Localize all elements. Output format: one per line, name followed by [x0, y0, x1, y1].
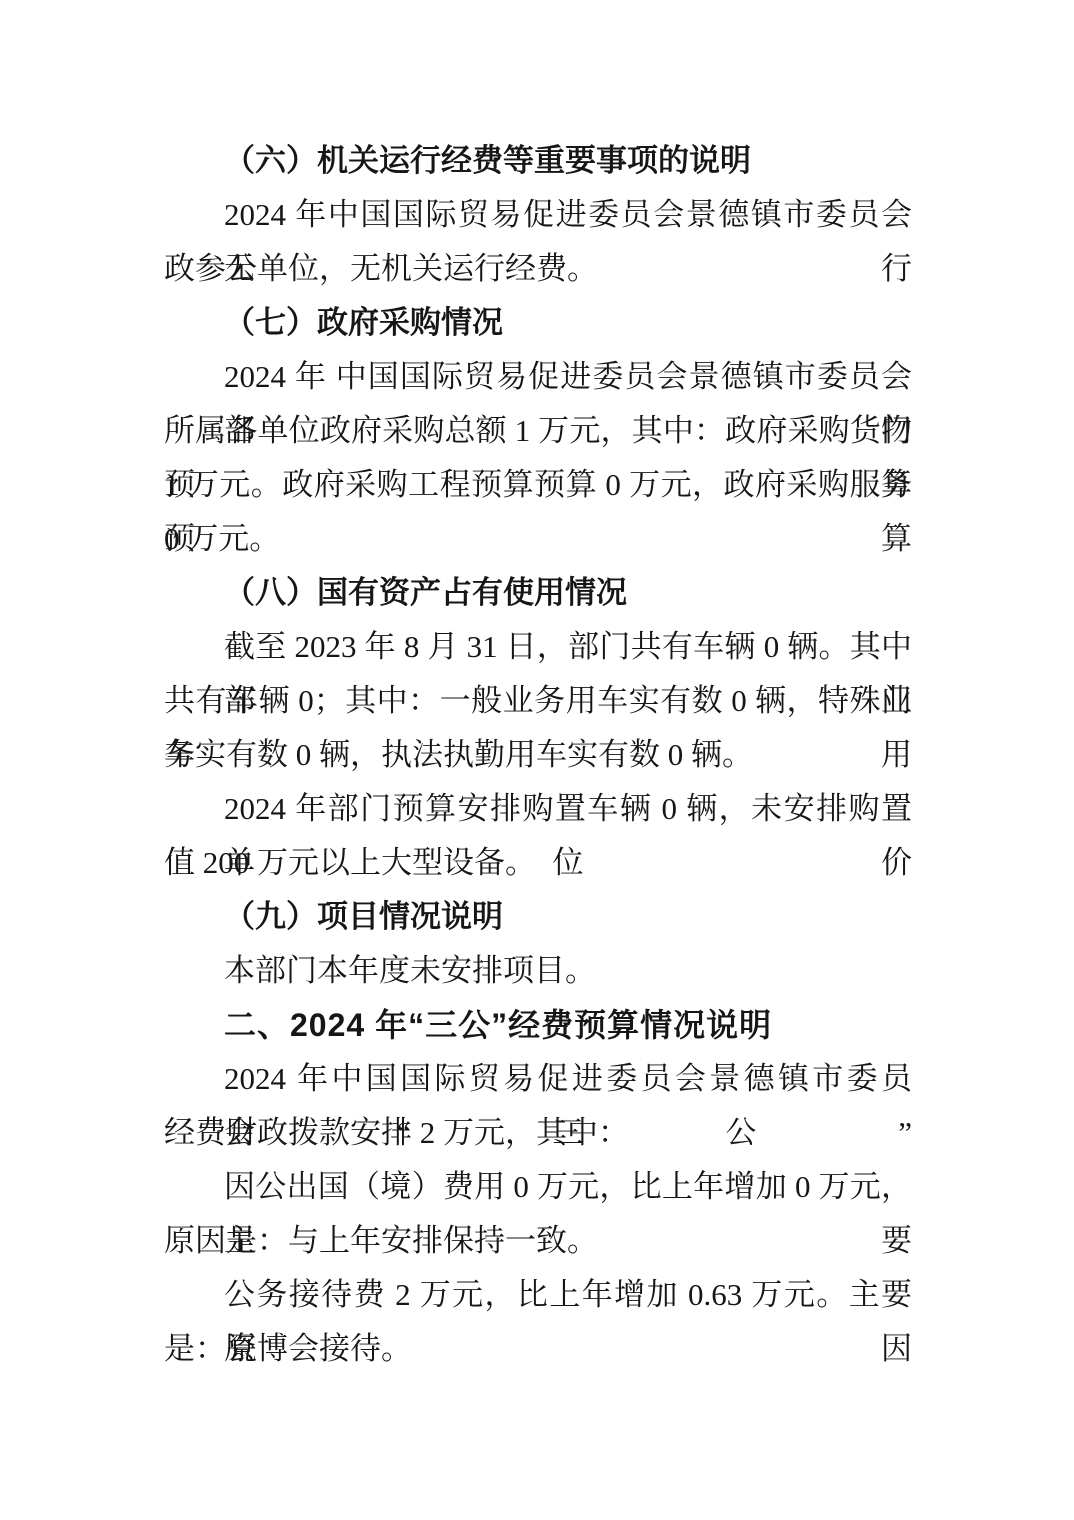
- text-line: 本部门本年度未安排项目。: [164, 944, 912, 998]
- document-page: （六）机关运行经费等重要事项的说明2024 年中国国际贸易促进委员会景德镇市委员…: [0, 0, 1074, 1520]
- document-content: （六）机关运行经费等重要事项的说明2024 年中国国际贸易促进委员会景德镇市委员…: [164, 134, 912, 1376]
- text-line: 2024 年 中国国际贸易促进委员会景德镇市委员会部门: [164, 350, 912, 404]
- chapter-heading: 二、2024 年“三公”经费预算情况说明: [164, 998, 912, 1052]
- text-line: 因公出国（境）费用 0 万元，比上年增加 0 万元，主要: [164, 1160, 912, 1214]
- text-line: 共有车辆 0；其中：一般业务用车实有数 0 辆，特殊业务用: [164, 674, 912, 728]
- section-heading: （九）项目情况说明: [164, 890, 912, 944]
- text-line: 截至 2023 年 8 月 31 日，部门共有车辆 0 辆。其中部门: [164, 620, 912, 674]
- section-heading: （六）机关运行经费等重要事项的说明: [164, 134, 912, 188]
- text-line: 2024 年中国国际贸易促进委员会景德镇市委员会“三公”: [164, 1052, 912, 1106]
- text-line: 1 万元。政府采购工程预算预算 0 万元，政府采购服务预算: [164, 458, 912, 512]
- section-heading: （七）政府采购情况: [164, 296, 912, 350]
- text-line: 公务接待费 2 万元，比上年增加 0.63 万元。主要原因: [164, 1268, 912, 1322]
- text-line: 2024 年部门预算安排购置车辆 0 辆，未安排购置单位价: [164, 782, 912, 836]
- text-line: 2024 年中国国际贸易促进委员会景德镇市委员会无行: [164, 188, 912, 242]
- section-heading: （八）国有资产占有使用情况: [164, 566, 912, 620]
- text-line: 所属各单位政府采购总额 1 万元，其中：政府采购货物预算: [164, 404, 912, 458]
